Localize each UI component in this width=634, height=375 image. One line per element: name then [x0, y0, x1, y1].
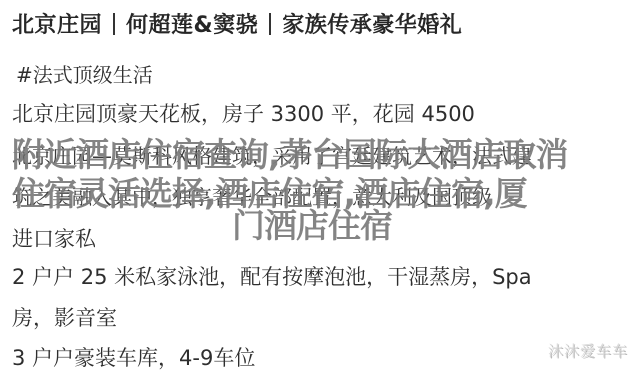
title-part-couple: 何超莲&窦骁 — [126, 13, 258, 38]
post-text-line: 2 户户 25 米私家泳池，配有按摩泡池，干湿蒸房，Spa — [12, 264, 532, 290]
hashtag-link[interactable]: #法式顶级生活 — [16, 62, 153, 88]
post-text-line: 进口家私 — [12, 226, 96, 252]
post-text-line: 房，影音室 — [12, 305, 117, 331]
post-title: 北京庄园何超莲&窦骁家族传承豪华婚礼 — [12, 8, 462, 39]
spam-overlay-line: 附近酒店住宿查询,茅台国际大酒店取消 — [12, 137, 568, 173]
spam-overlay-line: 门酒店住宿 — [232, 208, 392, 244]
title-divider — [113, 13, 115, 35]
title-divider — [269, 13, 271, 35]
title-part-event: 家族传承豪华婚礼 — [282, 13, 462, 38]
title-part-location: 北京庄园 — [12, 13, 102, 38]
post-text-line: 北京庄园顶豪天花板，房子 3300 平，花园 4500 — [12, 101, 475, 127]
author-watermark: 沐沐爱车车 — [548, 340, 628, 361]
post-text-line: 3 户户豪装车库，4-9车位 — [12, 345, 255, 371]
